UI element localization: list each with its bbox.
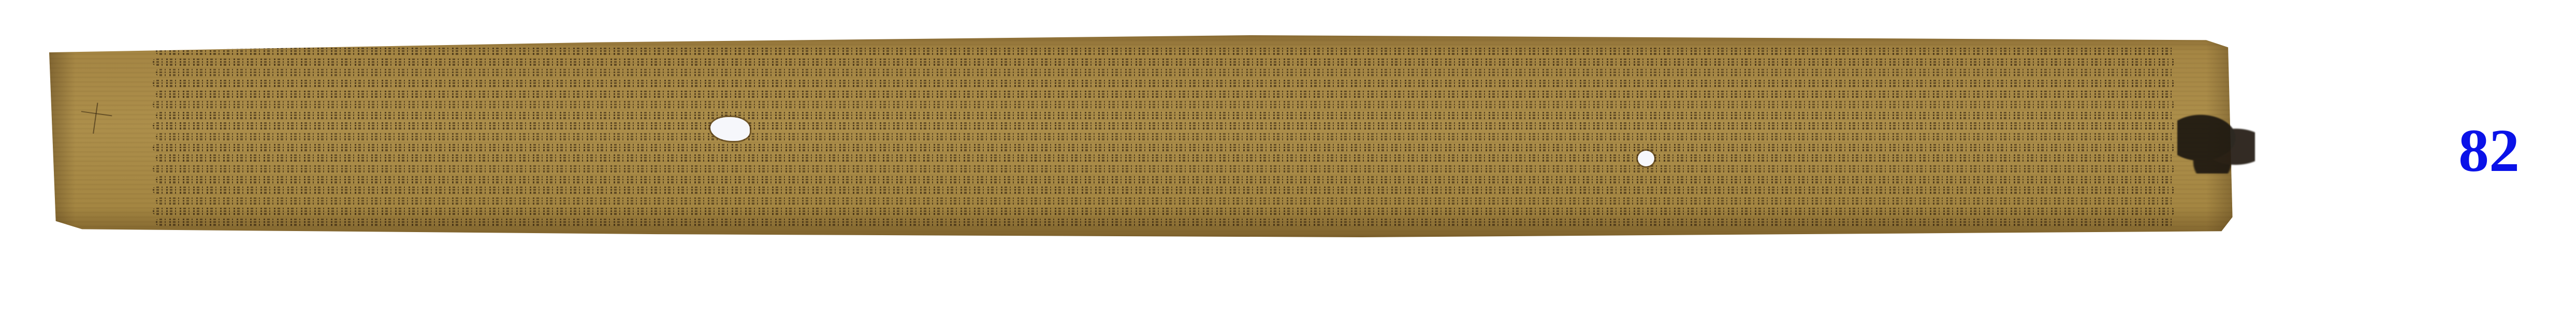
- text-line: [156, 112, 2175, 119]
- text-line: [153, 186, 2175, 194]
- text-line: [153, 122, 2175, 130]
- page-number-label: 82: [2458, 120, 2520, 181]
- ink-blot-folio-mark: [2177, 114, 2255, 174]
- text-line: [156, 154, 2175, 162]
- text-line: [156, 176, 2175, 183]
- text-line: [156, 48, 2175, 55]
- string-hole-right: [1638, 151, 1654, 166]
- text-line: [156, 91, 2175, 98]
- text-line: [156, 219, 2175, 226]
- text-line: [153, 144, 2175, 151]
- text-line: [156, 197, 2175, 205]
- manuscript-text-block: [153, 48, 2175, 226]
- margin-mark: [93, 103, 134, 138]
- text-line: [153, 208, 2175, 215]
- text-line: [156, 69, 2175, 76]
- palm-leaf: [49, 35, 2237, 237]
- text-line: [153, 165, 2175, 173]
- text-line: [153, 59, 2175, 66]
- text-line: [153, 80, 2175, 87]
- text-line: [156, 133, 2175, 140]
- text-line: [153, 101, 2175, 108]
